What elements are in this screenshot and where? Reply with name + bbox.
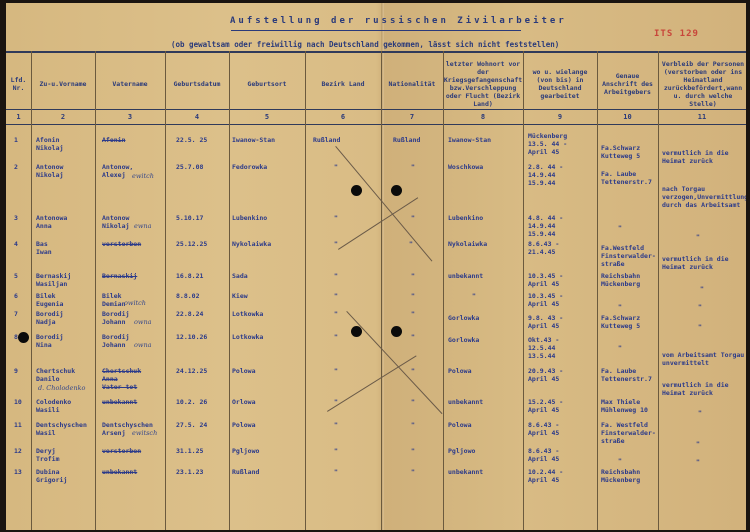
header-letzter-wohnort: letzter Wohnort vor der Kriegsgefangensc… [445, 58, 521, 110]
number-rule [6, 124, 746, 125]
column-number: 10 [597, 113, 658, 121]
row-wo-gearbeitet: 8.6.43 - April 45 [528, 421, 559, 437]
row-nationalitaet: " [411, 447, 415, 455]
row-verbleib: vermutlich in die Heimat zurück [662, 381, 729, 397]
row-geburtsort: Pgljowo [232, 447, 259, 455]
row-arbeitgeber: Max Thiele Mühlenweg 10 [601, 398, 648, 414]
column-number: 6 [305, 113, 381, 121]
row-wo-gearbeitet: 10.3.45 - April 45 [528, 292, 563, 308]
row-name: Chertschuk Danilo [36, 367, 75, 383]
row-wohnort: Gorlowka [448, 314, 479, 322]
row-verbleib: vermutlich in die Heimat zurück [662, 255, 729, 271]
row-geburtsdatum: 25.7.08 [176, 163, 203, 171]
row-vatername: Antonow, Alexej [102, 163, 133, 179]
row-arbeitgeber: Fa. Westfeld Finsterwalder- straße [601, 421, 656, 445]
header-bezirk-land: Bezirk Land [305, 58, 381, 110]
row-bezirk: " [334, 163, 338, 171]
document-subtitle: (ob gewaltsam oder freiwillig nach Deuts… [171, 40, 559, 49]
row-nr: 1 [14, 136, 18, 144]
column-number: 3 [95, 113, 165, 121]
row-name: Dubina Grigorij [36, 468, 67, 484]
row-nr: 2 [14, 163, 18, 171]
column-divider [305, 51, 306, 530]
row-nr: 12 [14, 447, 22, 455]
row-bezirk: " [334, 421, 338, 429]
row-verbleib: vermutlich in die Heimat zurück [662, 149, 729, 165]
row-bezirk: " [334, 468, 338, 476]
title-underline [231, 30, 521, 31]
row-nr: 13 [14, 468, 22, 476]
document-title: Aufstellung der russischen Zivilarbeiter [230, 16, 567, 26]
row-arbeitgeber: Fa.Westfeld Finsterwalder- straße [601, 244, 656, 268]
punch-hole [391, 185, 402, 196]
row-geburtsdatum: 22.8.24 [176, 310, 203, 318]
row-nr: 6 [14, 292, 18, 300]
pencil-mark [338, 197, 418, 250]
row-bezirk: " [334, 272, 338, 280]
row-geburtsort: Nykolaiwka [232, 240, 271, 248]
header-geburtsdatum: Geburtsdatum [165, 58, 229, 110]
column-number: 11 [658, 113, 746, 121]
row-wohnort: Lubenkino [448, 214, 483, 222]
column-number: 4 [165, 113, 229, 121]
row-vatername-handwritten: owna [134, 341, 152, 349]
column-divider [31, 51, 32, 530]
column-divider [229, 51, 230, 530]
row-name: Antonow Nikolaj [36, 163, 63, 179]
row-bezirk: " [334, 310, 338, 318]
row-nationalitaet: " [411, 163, 415, 171]
row-vatername-handwritten: owitch [124, 299, 146, 307]
row-verbleib: " [698, 409, 702, 417]
row-geburtsort: Lotkowka [232, 310, 263, 318]
row-vatername: unbekannt [102, 398, 137, 406]
row-verbleib: " [696, 458, 700, 466]
row-nr: 11 [14, 421, 22, 429]
row-nationalitaet: " [409, 240, 413, 248]
row-geburtsort: Sada [232, 272, 248, 280]
row-geburtsdatum: 10.2. 26 [176, 398, 207, 406]
column-number: 1 [6, 113, 31, 121]
row-geburtsort: Rußland [232, 468, 259, 476]
pencil-mark [327, 355, 417, 411]
column-divider [95, 51, 96, 530]
row-name: Deryj Trofim [36, 447, 59, 463]
row-geburtsort: Orlowa [232, 398, 255, 406]
row-nr: 3 [14, 214, 18, 222]
row-geburtsdatum: 16.8.21 [176, 272, 203, 280]
row-wohnort: " [472, 292, 476, 300]
row-nr: 5 [14, 272, 18, 280]
row-arbeitgeber: Fa.Schwarz Kutteweg 5 [601, 314, 640, 330]
header-verbleib: Verbleib der Personen (verstorben oder i… [660, 58, 746, 110]
row-vatername: Afonin [102, 136, 125, 144]
row-wo-gearbeitet: 10.2.44 - April 45 [528, 468, 563, 484]
column-number: 9 [523, 113, 597, 121]
row-geburtsort: Kiew [232, 292, 248, 300]
column-divider [597, 51, 598, 530]
header-name: Zu-u.Vorname [31, 58, 95, 110]
header-nationalitaet: Nationalität [381, 58, 443, 110]
row-name: Antonowa Anna [36, 214, 67, 230]
row-wohnort: unbekannt [448, 398, 483, 406]
row-wo-gearbeitet: 4.8. 44 - 14.9.44 15.9.44 [528, 214, 563, 238]
row-geburtsdatum: 8.8.02 [176, 292, 199, 300]
row-geburtsdatum: 27.5. 24 [176, 421, 207, 429]
row-bezirk: " [334, 333, 338, 341]
row-bezirk: " [334, 214, 338, 222]
table-top-rule [6, 51, 746, 53]
column-divider [165, 51, 166, 530]
row-geburtsort: Lubenkino [232, 214, 267, 222]
row-verbleib: vom Arbeitsamt Torgau unvermittelt [662, 351, 746, 367]
row-name: Bilek Eugenia [36, 292, 63, 308]
row-arbeitgeber: " [618, 224, 622, 232]
row-nationalitaet: " [411, 421, 415, 429]
row-geburtsort: Fedorowka [232, 163, 267, 171]
row-arbeitgeber: " [618, 457, 622, 465]
row-vatername: Borodij Johann [102, 310, 129, 326]
row-wohnort: Pgljowo [448, 447, 475, 455]
punch-hole [18, 332, 29, 343]
row-nr: 4 [14, 240, 18, 248]
row-vatername-handwritten: ewna [134, 222, 151, 230]
row-nationalitaet: " [411, 272, 415, 280]
row-verbleib: " [700, 285, 704, 293]
row-geburtsort: Iwanow-Stan [232, 136, 275, 144]
row-vatername: verstorben [102, 240, 141, 248]
row-wo-gearbeitet: 8.6.43 - April 45 [528, 447, 559, 463]
row-verbleib: " [698, 303, 702, 311]
row-verbleib: " [698, 323, 702, 331]
row-nationalitaet: " [411, 310, 415, 318]
row-nationalitaet: " [411, 468, 415, 476]
row-wohnort: Polowa [448, 421, 471, 429]
column-divider [443, 51, 444, 530]
row-vatername: verstorben [102, 447, 141, 455]
row-name: Colodenko Wasili [36, 398, 71, 414]
column-divider [523, 51, 524, 530]
row-wohnort: Iwanow-Stan [448, 136, 491, 144]
row-name: Afonin Nikolaj [36, 136, 63, 152]
row-arbeitgeber: Fa.Schwarz Kutteweg 5 [601, 144, 640, 160]
row-vatername: Bernaskij [102, 272, 137, 280]
row-bezirk: " [334, 367, 338, 375]
its-stamp: ITS 129 [654, 29, 699, 39]
header-vatername: Vatername [95, 58, 165, 110]
row-verbleib: " [696, 233, 700, 241]
header-wo-gearbeitet: wo u. wielange (von bis) in Deutschland … [525, 58, 595, 110]
row-nr: 10 [14, 398, 22, 406]
row-vatername: Borodij Johann [102, 333, 129, 349]
row-wo-gearbeitet: 8.6.43 - 21.4.45 [528, 240, 559, 256]
row-geburtsdatum: 25.12.25 [176, 240, 207, 248]
punch-hole [351, 185, 362, 196]
row-wo-gearbeitet: Mückenberg 13.5. 44 - April 45 [528, 132, 567, 156]
row-nationalitaet: " [411, 333, 415, 341]
row-wohnort: Polowa [448, 367, 471, 375]
row-wohnort: unbekannt [448, 272, 483, 280]
row-nationalitaet: " [411, 367, 415, 375]
header-arbeitgeber: Genaue Anschrift des Arbeitgebers [599, 58, 656, 110]
document-page: Aufstellung der russischen Zivilarbeiter… [6, 3, 746, 530]
row-wo-gearbeitet: 15.2.45 - April 45 [528, 398, 563, 414]
row-geburtsort: Lotkowka [232, 333, 263, 341]
row-name: Dentschyschen Wasil [36, 421, 87, 437]
row-geburtsdatum: 5.10.17 [176, 214, 203, 222]
row-name: Bas Iwan [36, 240, 52, 256]
row-wohnort: Woschkowa [448, 163, 483, 171]
row-name-handwritten: d. Cholodenko [38, 384, 85, 392]
row-geburtsort: Polowa [232, 421, 255, 429]
column-number: 2 [31, 113, 95, 121]
header-lfd-nr: Lfd. Nr. [6, 58, 31, 110]
row-wo-gearbeitet: 20.9.43 - April 45 [528, 367, 563, 383]
row-name: Borodij Nadja [36, 310, 63, 326]
row-nationalitaet: Rußland [393, 136, 420, 144]
row-wohnort: Gorlowka [448, 336, 479, 344]
row-arbeitgeber: Fa. Laube Tettenerstr.7 [601, 170, 652, 186]
column-divider [658, 51, 659, 530]
row-arbeitgeber: " [618, 303, 622, 311]
row-bezirk: Rußland [313, 136, 340, 144]
column-number: 8 [443, 113, 523, 121]
row-verbleib: " [696, 440, 700, 448]
row-wo-gearbeitet: 10.3.45 - April 45 [528, 272, 563, 288]
row-vatername: unbekannt [102, 468, 137, 476]
row-arbeitgeber: Reichsbahn Mückenberg [601, 468, 640, 484]
row-wo-gearbeitet: Okt.43 - 12.5.44 13.5.44 [528, 336, 559, 360]
row-wo-gearbeitet: 9.8. 43 - April 45 [528, 314, 563, 330]
row-vatername: Bilek Demian [102, 292, 125, 308]
row-geburtsdatum: 12.10.26 [176, 333, 207, 341]
row-geburtsdatum: 23.1.23 [176, 468, 203, 476]
row-wohnort: Nykolaiwka [448, 240, 487, 248]
row-vatername-handwritten: ewitsch [132, 429, 157, 437]
row-arbeitgeber: " [618, 344, 622, 352]
row-name: Bernaskij Wasiljan [36, 272, 71, 288]
row-nr: 7 [14, 310, 18, 318]
row-vatername-handwritten: ewitch [132, 172, 154, 180]
row-wohnort: unbekannt [448, 468, 483, 476]
row-arbeitgeber: Reichsbahn Mückenberg [601, 272, 640, 288]
row-verbleib: nach Torgau verzogen,Unvermittlung durch… [662, 185, 744, 209]
row-geburtsdatum: 31.1.25 [176, 447, 203, 455]
row-wo-gearbeitet: 2.8. 44 - 14.9.44 15.9.44 [528, 163, 563, 187]
row-geburtsort: Polowa [232, 367, 255, 375]
row-name: Borodij Nina [36, 333, 63, 349]
row-bezirk: " [334, 292, 338, 300]
row-bezirk: " [334, 447, 338, 455]
row-vatername: Antonow Nikolaj [102, 214, 129, 230]
row-nationalitaet: " [411, 292, 415, 300]
punch-hole [391, 326, 402, 337]
row-geburtsdatum: 22.5. 25 [176, 136, 207, 144]
column-divider [381, 51, 382, 530]
row-vatername: Chertschuk Anna Vater tot [102, 367, 141, 391]
row-bezirk: " [334, 240, 338, 248]
row-geburtsdatum: 24.12.25 [176, 367, 207, 375]
row-arbeitgeber: Fa. Laube Tettenerstr.7 [601, 367, 652, 383]
row-nationalitaet: " [411, 398, 415, 406]
row-nr: 9 [14, 367, 18, 375]
row-nationalitaet: " [411, 214, 415, 222]
column-number: 5 [229, 113, 305, 121]
column-number: 7 [381, 113, 443, 121]
row-vatername-handwritten: owna [134, 318, 152, 326]
header-geburtsort: Geburtsort [229, 58, 305, 110]
